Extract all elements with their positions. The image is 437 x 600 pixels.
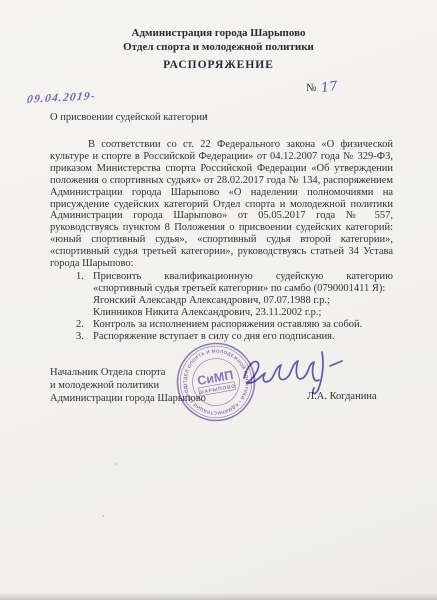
referee-name-line: Клинников Никита Александрович, 23.11.20… xyxy=(93,307,393,319)
scan-speck-artifact xyxy=(116,463,117,465)
document-body: В соответствии со ст. 22 Федерального за… xyxy=(50,139,393,342)
document-number-handwritten: 17 xyxy=(320,79,338,96)
ordered-item-1: 1. Присвоить квалификационную судейскую … xyxy=(76,271,393,295)
referee-name-line: Ягонский Александр Александрович, 07.07.… xyxy=(93,295,393,307)
handwritten-date: 09.04.2019- xyxy=(26,90,96,106)
item-number: 2. xyxy=(76,319,93,331)
preamble-paragraph: В соответствии со ст. 22 Федерального за… xyxy=(50,139,393,270)
signature-stroke xyxy=(244,361,319,383)
handwritten-signature xyxy=(238,344,346,400)
item-number: 1. xyxy=(76,271,93,283)
item-text: Контроль за исполнением распоряжения ост… xyxy=(93,319,393,331)
scanned-document-page: Администрация города Шарыпово Отдел спор… xyxy=(0,0,437,600)
document-type-title: РАСПОРЯЖЕНИЕ xyxy=(0,59,437,71)
subject-line: О присвоении судейской категории xyxy=(50,112,208,123)
signature-tall-stroke xyxy=(313,352,323,394)
number-sign-label: № xyxy=(306,82,317,94)
signature-dash-stroke xyxy=(330,361,342,366)
document-number: №17 xyxy=(306,80,337,95)
org-name: Администрация города Шарыпово xyxy=(0,27,437,41)
org-department: Отдел спорта и молодежной политики xyxy=(0,41,437,55)
document-header: Администрация города Шарыпово Отдел спор… xyxy=(0,27,437,54)
item-text: Присвоить квалификационную судейскую кат… xyxy=(93,271,393,295)
ordered-item-2: 2. Контроль за исполнением распоряжения … xyxy=(76,319,393,331)
scan-speck-artifact xyxy=(102,515,104,517)
item-number: 3. xyxy=(76,331,93,343)
